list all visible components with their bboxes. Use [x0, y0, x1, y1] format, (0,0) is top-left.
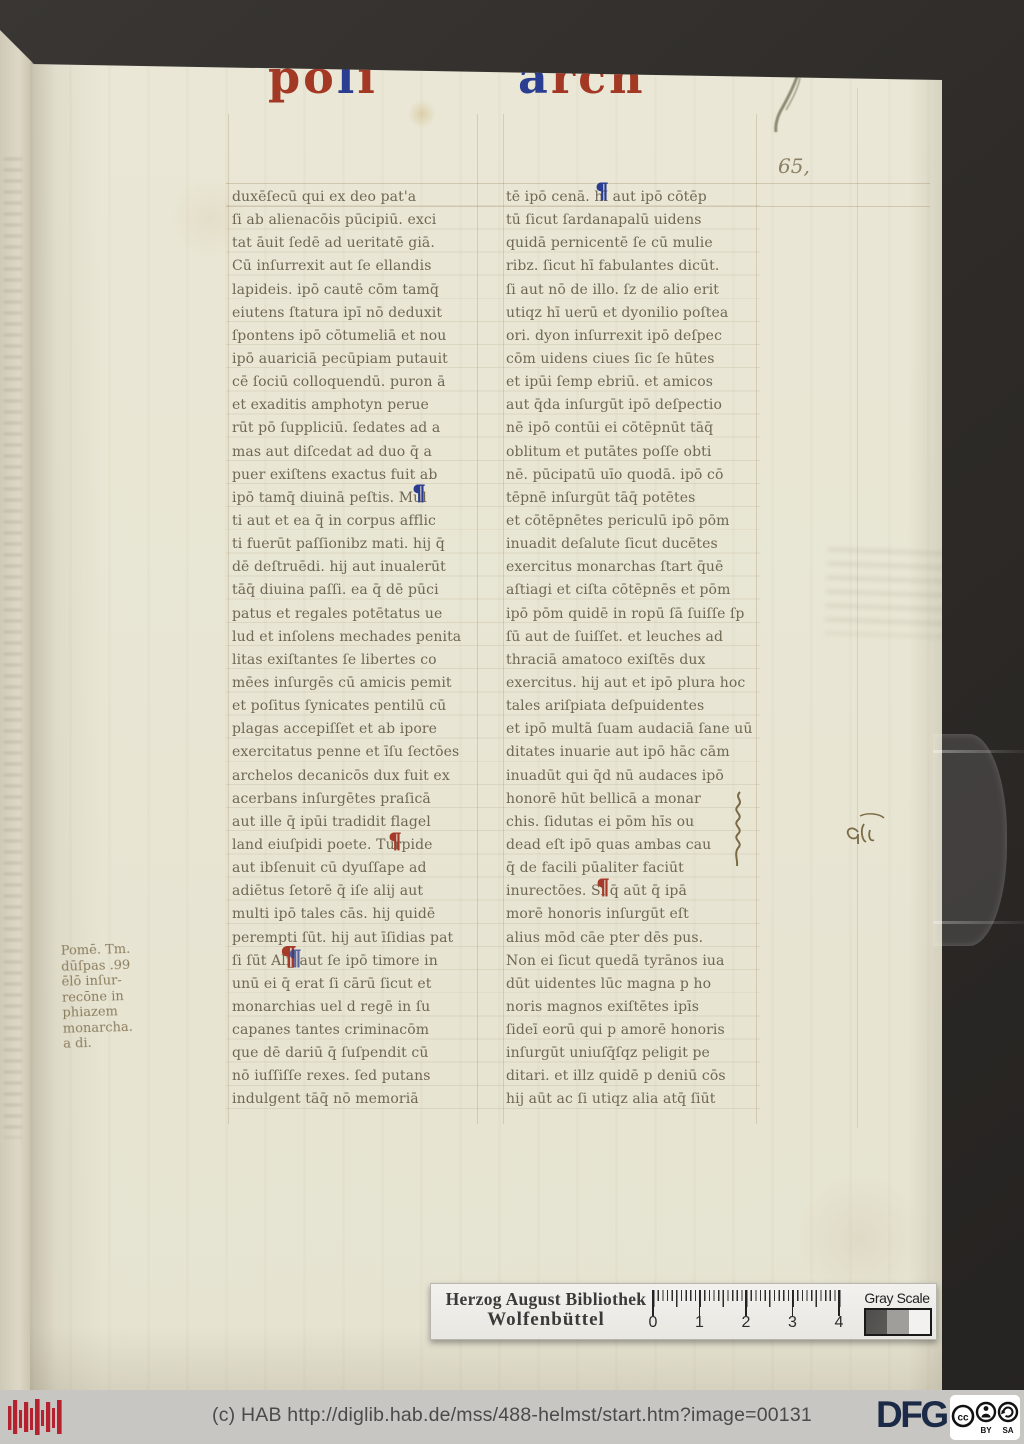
ruling-line-vertical: [477, 114, 478, 1124]
marginal-gloss-line: a di.: [63, 1033, 193, 1052]
manuscript-text-line: ditari. et illz quidē p deniū cōs: [506, 1065, 756, 1088]
manuscript-text-line: alius mōd cāe pter dēs pus.: [506, 927, 756, 950]
ruler-number: 3: [784, 1314, 802, 1332]
manuscript-text-line: multi ipō tales cās. hij quidē: [232, 903, 476, 926]
pilcrow-mark: ¶: [388, 830, 401, 851]
manuscript-text-line: adiētus ſetorē q̄ iſe alij aut: [232, 880, 476, 903]
manuscript-text-line: nē. pūcipatū uīo quodā. ipō cō: [506, 464, 756, 487]
ruler-cm-tick: [792, 1290, 794, 1316]
manuscript-text-line: mas aut diſcedat ad duo q̄ a: [232, 441, 476, 464]
grayscale-swatch-dark: [866, 1310, 887, 1334]
manuscript-text-line: nō iuſſiſſe rexes. ſed putans: [232, 1065, 476, 1088]
text-column-left: duxēſecū qui ex deo pat'aſi ab alienacōi…: [232, 186, 476, 1112]
manuscript-text-line: ſideī eorū qui p amorē honoris: [506, 1019, 756, 1042]
manuscript-text-line: ti fuerūt paſſionibz mati. hij q̄: [232, 533, 476, 556]
manuscript-text-line: acerbans inſurgētes praſicā: [232, 788, 476, 811]
manuscript-text-line: capanes tantes criminacōm: [232, 1019, 476, 1042]
manuscript-text-line: inſurgūt uniuſq̄ſqz peligit pe: [506, 1042, 756, 1065]
manuscript-text-line: plagas accepiſſet et ab ipore: [232, 718, 476, 741]
manuscript-text-line: inuadit deſalute ſicut ducētes: [506, 533, 756, 556]
running-title-left: poli: [268, 50, 378, 104]
pilcrow-mark: ¶: [412, 482, 425, 503]
manuscript-text-line: litas exiſtantes ſe libertes co: [232, 649, 476, 672]
ruler-number: 0: [644, 1314, 662, 1332]
manuscript-text-line: noris magnos exiſtētes ipīs: [506, 996, 756, 1019]
ruling-line-top: [226, 183, 930, 184]
photo-background: poli arch 65, duxēſecū qui ex deo pat'aſ…: [0, 0, 1024, 1444]
manuscript-text-line: tē ipō cenā. hī aut ipō cōtēp: [506, 186, 756, 209]
folio-number: 65,: [778, 154, 810, 178]
nota-mark: [728, 790, 750, 868]
showthrough-text-ghost: [4, 158, 22, 1138]
grayscale-swatch-light: [909, 1310, 930, 1334]
calibration-strip: Herzog August Bibliothek Wolfenbüttel 0 …: [430, 1283, 937, 1340]
manuscript-text-line: et exaditis amphotyn perue: [232, 394, 476, 417]
manuscript-text-line: tū ſicut ſardanapalū uidens: [506, 209, 756, 232]
manuscript-text-line: nē ipō contūi ei cōtēpnūt tāq̄: [506, 417, 756, 440]
manuscript-text-line: unū ei q̄ erat ſi cārū ſicut et: [232, 973, 476, 996]
ruler-number: 2: [737, 1314, 755, 1332]
title-letter: i: [357, 50, 377, 104]
manuscript-text-line: puer exiſtens exactus fuit ab: [232, 464, 476, 487]
manuscript-text-line: ditates inuarie aut ipō hāc cām: [506, 741, 756, 764]
manuscript-text-line: ipō auariciā pecūpiam putauit: [232, 348, 476, 371]
manuscript-text-line: exercitatus penne et īſu ſectōes: [232, 741, 476, 764]
manuscript-text-line: exercitus. hij aut et ipō plura hoc: [506, 672, 756, 695]
manuscript-text-line: ipō pōm quidē in ropū ſā ſuiſſe ſp: [506, 603, 756, 626]
manuscript-text-line: patus et regales potētatus ue: [232, 603, 476, 626]
manuscript-text-line: exercitus monarchas ſtart q̄uē: [506, 556, 756, 579]
manuscript-text-line: hij aūt ac ſi utiqz alia atq̄ ſiūt: [506, 1088, 756, 1111]
grayscale-label: Gray Scale: [863, 1290, 931, 1306]
manuscript-text-line: aut q̄da inſurgūt ipō deſpectio: [506, 394, 756, 417]
title-letter: l: [337, 50, 357, 104]
manuscript-text-line: Cū inſurrexit aut ſe ellandis: [232, 255, 476, 278]
marginal-gloss: Pomē. Tm.dūſpas .99ēlō inſur-recōne inph…: [61, 940, 194, 1052]
manuscript-text-line: thraciā amatoco exiſtēs dux: [506, 649, 756, 672]
manuscript-text-line: et poſitus ſynicates pentilū cū: [232, 695, 476, 718]
plastic-page-holder: [933, 734, 1007, 946]
manuscript-text-line: archelos decanicōs dux fuit ex: [232, 765, 476, 788]
dfg-logo: DFG: [876, 1394, 947, 1436]
manuscript-text-line: chis. ſidutas ei pōm hīs ou: [506, 811, 756, 834]
manuscript-text-line: dead eſt ipō quas ambas cau: [506, 834, 756, 857]
manuscript-text-line: rūt pō ſuppliciū. ſedates ad a: [232, 417, 476, 440]
manuscript-text-line: aſtiagi et ciſta cōtēpnēs et pōm: [506, 579, 756, 602]
manuscript-text-line: eiutens ſtatura ipī nō deduxit: [232, 302, 476, 325]
manuscript-text-line: ſpontens ipō cōtumeliā et nou: [232, 325, 476, 348]
grayscale-swatch-mid: [887, 1310, 908, 1334]
title-letter: h: [609, 50, 645, 104]
title-letter: r: [551, 50, 578, 104]
ruler-number: 4: [830, 1314, 848, 1332]
pilcrow-mark: ¶: [288, 947, 301, 968]
manuscript-text-line: ti aut et ea q̄ in corpus afflic: [232, 510, 476, 533]
pilcrow-mark: ¶: [595, 180, 608, 201]
cm-ruler: 0 1 2 3 4: [431, 1284, 936, 1339]
manuscript-text-line: cōm uidens ciues ſic ſe hūtes: [506, 348, 756, 371]
ruling-line-vertical: [756, 114, 757, 1124]
manuscript-text-line: tēpnē inſurgūt tāq̄ potētes: [506, 487, 756, 510]
manuscript-text-line: tāq̄ diuina paſſi. ea q̄ dē pūci: [232, 579, 476, 602]
manuscript-text-line: honorē hūt bellicā a monar: [506, 788, 756, 811]
pilcrow-mark: ¶: [596, 876, 609, 897]
copyright-text: (c) HAB http://diglib.hab.de/mss/488-hel…: [0, 1404, 1024, 1427]
underlying-page-edge: [0, 18, 34, 1390]
manuscript-text-line: ſū aut de ſuiſſet. et leuches ad: [506, 626, 756, 649]
manuscript-text-line: cē ſociū colloquendū. puron ā: [232, 371, 476, 394]
manuscript-text-line: tat āuit ſedē ad ueritatē giā.: [232, 232, 476, 255]
title-letter: c: [578, 50, 609, 104]
svg-text:cc: cc: [957, 1413, 969, 1424]
ruling-line-vertical: [228, 114, 229, 1124]
cc-license-badge: cc BY SA: [950, 1395, 1020, 1440]
manuscript-text-line: perempti ſūt. hij aut īſidias pat: [232, 927, 476, 950]
manuscript-text-line: et ipō multā ſuam audaciā ſane uū: [506, 718, 756, 741]
ink-showthrough: [825, 548, 948, 638]
manuscript-text-line: oblitum et putātes poſſe obti: [506, 441, 756, 464]
grayscale-swatches: [864, 1308, 932, 1336]
manuscript-text-line: ſi ſūt Alij aut ſe ipō timore in: [232, 950, 476, 973]
manuscript-text-line: aut ille q̄ ipūi tradidit flagel: [232, 811, 476, 834]
title-letter: a: [518, 50, 551, 104]
manuscript-text-line: duxēſecū qui ex deo pat'a: [232, 186, 476, 209]
manuscript-text-line: ſi aut nō de illo. ſz de alio erit: [506, 279, 756, 302]
manuscript-text-line: q̄ de facili pūaliter faciūt: [506, 857, 756, 880]
manuscript-text-line: utiqz hī uerū et dyonilio poſtea: [506, 302, 756, 325]
manuscript-text-line: ipō tamq̄ diuinā peſtis. Mul: [232, 487, 476, 510]
manuscript-text-line: indulgent tāq̄ nō memoriā: [232, 1088, 476, 1111]
manuscript-text-line: dē deſtruēdi. hij aut inualerūt: [232, 556, 476, 579]
manuscript-text-line: ori. dyon inſurrexit ipō deſpec: [506, 325, 756, 348]
manuscript-page: poli arch 65, duxēſecū qui ex deo pat'aſ…: [30, 58, 942, 1390]
title-letter: o: [303, 50, 337, 104]
running-title-right: arch: [518, 50, 646, 104]
manuscript-text-line: morē honoris inſurgūt eſt: [506, 903, 756, 926]
manuscript-text-line: inurectōes. Si q̄ aūt q̄ ipā: [506, 880, 756, 903]
manuscript-text-line: monarchias uel d regē in ſu: [232, 996, 476, 1019]
ruling-line-vertical: [503, 114, 504, 1124]
manuscript-text-line: et cōtēpnētes periculū ipō pōm: [506, 510, 756, 533]
manuscript-text-line: mēes inſurgēs cū amicis pemit: [232, 672, 476, 695]
ruler-cm-tick: [745, 1290, 747, 1316]
manuscript-text-line: Non ei ſicut quedā tyrānos iua: [506, 950, 756, 973]
manuscript-text-line: lud et inſolens mechades penita: [232, 626, 476, 649]
ruler-halfcm-ticks: [653, 1290, 843, 1307]
manuscript-text-line: ribz. ſicut hī fabulantes dicūt.: [506, 255, 756, 278]
manuscript-text-line: land eiuſpidi poete. Turpide: [232, 834, 476, 857]
manuscript-text-line: ſi ab alienacōis pūcipiū. exci: [232, 209, 476, 232]
manuscript-text-line: lapideis. ipō cautē cōm tamq̄: [232, 279, 476, 302]
cc-by-label: BY: [976, 1426, 996, 1435]
ruler-cm-tick: [838, 1290, 840, 1316]
cc-sa-label: SA: [998, 1426, 1018, 1435]
manuscript-text-line: quidā pernicentē ſe cū mulie: [506, 232, 756, 255]
ruler-cm-tick: [699, 1290, 701, 1316]
ruler-cm-tick: [652, 1290, 654, 1316]
manuscript-text-line: tales ariſpiata deſpuidentes: [506, 695, 756, 718]
plant-debris-smudge: [768, 72, 810, 134]
manuscript-text-line: et ipūi ſemp ebriū. et amicos: [506, 371, 756, 394]
margin-flourish-mark: [830, 810, 890, 858]
ruler-number: 1: [691, 1314, 709, 1332]
manuscript-text-line: aut ibſenuit cū dyuſſape ad: [232, 857, 476, 880]
text-column-right: tē ipō cenā. hī aut ipō cōtēptū ſicut ſa…: [506, 186, 756, 1112]
footer-bar: (c) HAB http://diglib.hab.de/mss/488-hel…: [0, 1390, 1024, 1444]
manuscript-text-line: que dē dariū q̄ ſuſpendit cū: [232, 1042, 476, 1065]
manuscript-text-line: inuadūt qui q̄d nū audaces ipō: [506, 765, 756, 788]
title-letter: p: [268, 50, 303, 104]
manuscript-text-line: dūt uidentes lūc magna p ho: [506, 973, 756, 996]
